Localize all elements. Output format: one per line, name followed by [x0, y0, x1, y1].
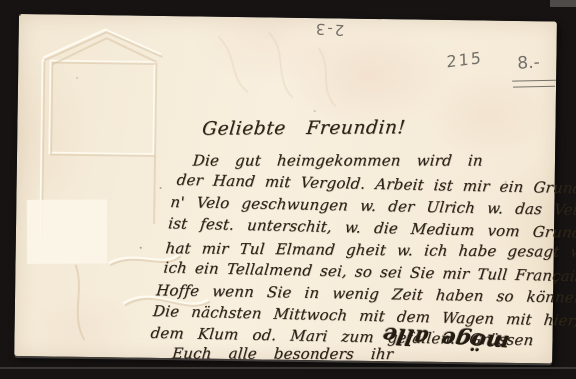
pencil-note-upside-down: 2-3: [313, 20, 344, 39]
handwriting-salutation: Geliebte Freundin!: [201, 117, 406, 139]
photo-of-postcard: { "photo": { "subject": "Antique embosse…: [0, 0, 576, 379]
background-edge-line: [0, 367, 576, 369]
postcard: 2-3 215 8.- Geliebte Freundin! Die gut h…: [14, 14, 557, 363]
paper-specks: [19, 14, 21, 16]
handwriting-line: hat mir Tul Elmand gheit w. ich habe ges…: [165, 239, 576, 261]
background-corner-glint: [550, 0, 576, 7]
handwriting-line: Euch alle besonders ihr: [171, 344, 394, 363]
pencil-note-price: 8.-: [517, 53, 540, 74]
handwriting-line: Die gut heimgekommen wird in: [192, 151, 484, 169]
